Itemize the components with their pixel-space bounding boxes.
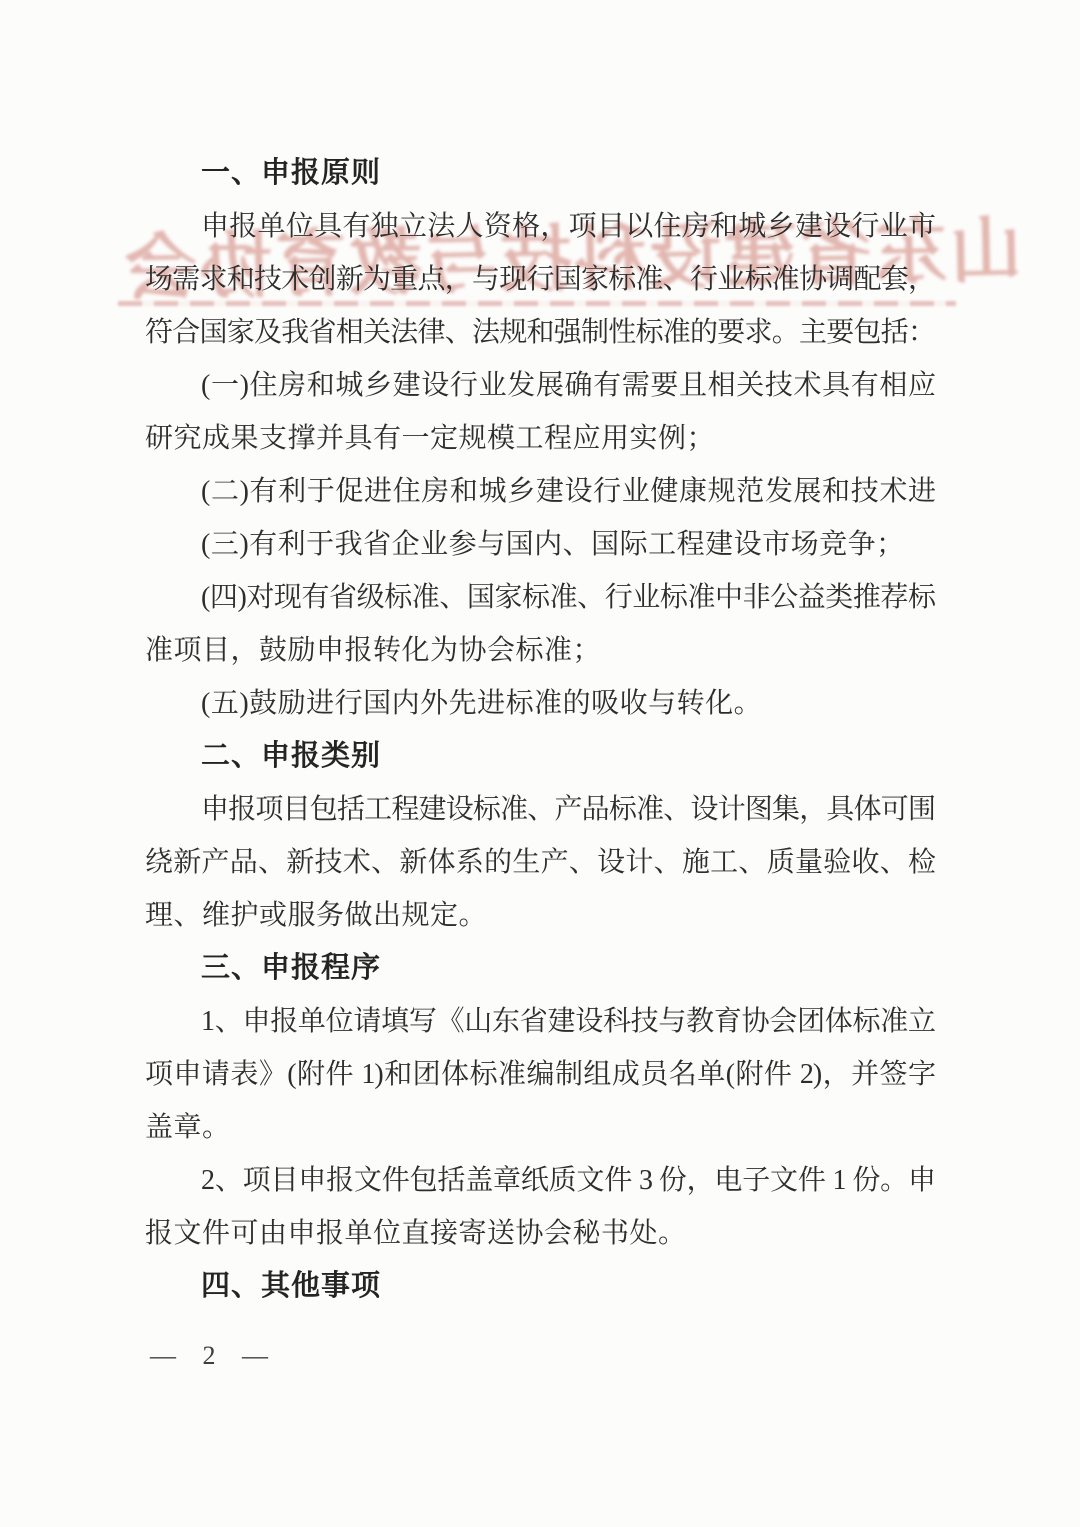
document-body: 一、申报原则 申报单位具有独立法人资格，项目以住房和城乡建设行业市 场需求和技术…: [145, 147, 935, 1313]
page-number: — 2 —: [150, 1334, 270, 1378]
text-line: 场需求和技术创新为重点，与现行国家标准、行业标准协调配套，: [145, 253, 935, 306]
text-line: 符合国家及我省相关法律、法规和强制性标准的要求。主要包括：: [145, 306, 935, 359]
text-line: 项申请表》(附件 1)和团体标准编制组成员名单(附件 2)，并签字: [145, 1048, 935, 1101]
text-line: 研究成果支撑并具有一定规模工程应用实例；: [145, 412, 935, 465]
section-heading-3: 三、申报程序: [145, 942, 935, 995]
text-line: 报文件可由申报单位直接寄送协会秘书处。: [145, 1207, 935, 1260]
text-line: 申报单位具有独立法人资格，项目以住房和城乡建设行业市: [145, 200, 935, 253]
text-line: 准项目，鼓励申报转化为协会标准；: [145, 624, 935, 677]
text-line-step-2: 2、项目申报文件包括盖章纸质文件 3 份，电子文件 1 份。申: [145, 1154, 935, 1207]
text-line-item-2: (二)有利于促进住房和城乡建设行业健康规范发展和技术进步；: [145, 465, 935, 518]
text-line-item-4: (四)对现有省级标准、国家标准、行业标准中非公益类推荐标: [145, 571, 935, 624]
text-line-item-5: (五)鼓励进行国内外先进标准的吸收与转化。: [145, 677, 935, 730]
section-heading-1: 一、申报原则: [145, 147, 935, 200]
text-line-item-1: (一)住房和城乡建设行业发展确有需要且相关技术具有相应: [145, 359, 935, 412]
section-heading-2: 二、申报类别: [145, 730, 935, 783]
text-line: 绕新产品、新技术、新体系的生产、设计、施工、质量验收、检测、管: [145, 836, 935, 889]
text-line: 申报项目包括工程建设标准、产品标准、设计图集，具体可围: [145, 783, 935, 836]
text-line: 盖章。: [145, 1101, 935, 1154]
text-line: 理、维护或服务做出规定。: [145, 889, 935, 942]
text-line-step-1: 1、申报单位请填写《山东省建设科技与教育协会团体标准立: [145, 995, 935, 1048]
scanned-document-page: 山东省建设科技与教育协会 一、申报原则 申报单位具有独立法人资格，项目以住房和城…: [0, 0, 1080, 1527]
text-line-item-3: (三)有利于我省企业参与国内、国际工程建设市场竞争；: [145, 518, 935, 571]
section-heading-4: 四、其他事项: [145, 1260, 935, 1313]
